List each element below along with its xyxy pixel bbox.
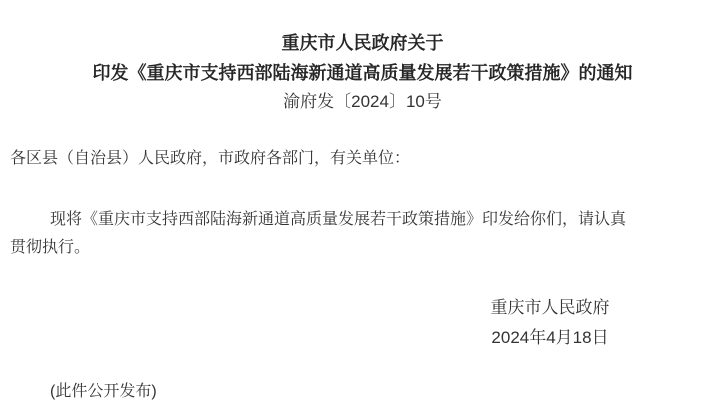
document-number: 渝府发〔2024〕10号 (10, 88, 715, 115)
document-title-line2: 印发《重庆市支持西部陆海新通道高质量发展若干政策措施》的通知 (10, 58, 715, 88)
signature-date: 2024年4月18日 (485, 323, 615, 353)
document-title: 重庆市人民政府关于 印发《重庆市支持西部陆海新通道高质量发展若干政策措施》的通知 (10, 28, 715, 88)
signature-block: 重庆市人民政府 2024年4月18日 (485, 293, 615, 353)
signer-name: 重庆市人民政府 (485, 293, 615, 323)
body-paragraph: 现将《重庆市支持西部陆海新通道高质量发展若干政策措施》印发给你们，请认真贯彻执行… (10, 206, 638, 262)
document-title-line1: 重庆市人民政府关于 (10, 28, 715, 58)
document-page: 重庆市人民政府关于 印发《重庆市支持西部陆海新通道高质量发展若干政策措施》的通知… (0, 0, 725, 419)
public-release-note: (此件公开发布) (10, 378, 715, 406)
salutation-line: 各区县（自治县）人民政府，市政府各部门，有关单位： (10, 145, 715, 173)
